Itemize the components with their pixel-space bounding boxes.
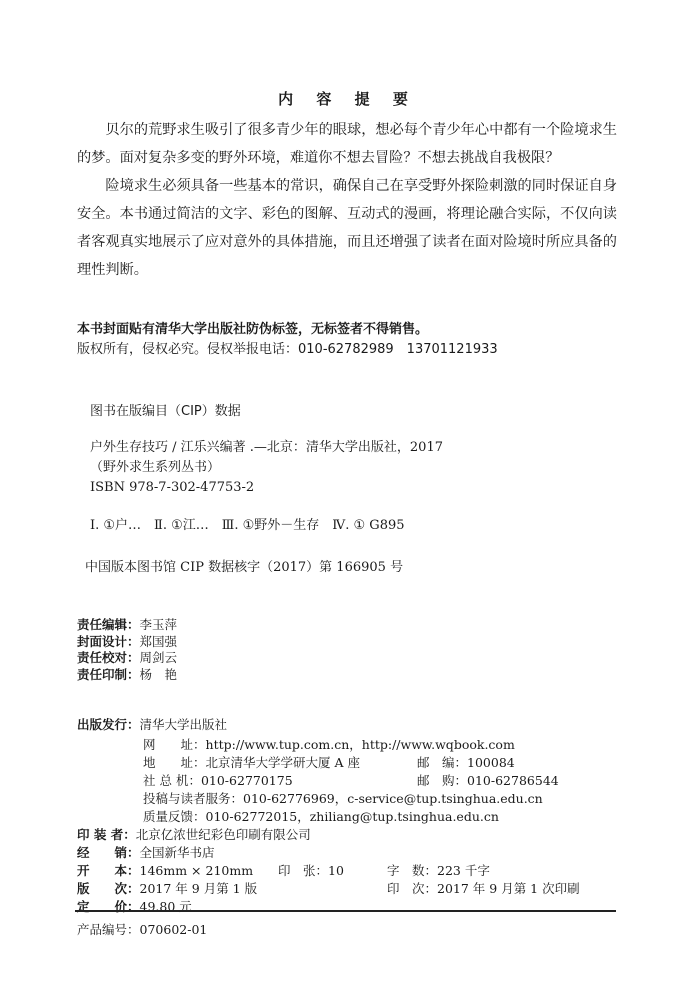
cip-classification: Ⅰ. ①户… Ⅱ. ①江… Ⅲ. ①野外－生存 Ⅳ. ① G895 <box>90 516 405 536</box>
cip-title-line: 户外生存技巧 / 江乐兴编著 .—北京：清华大学出版社，2017 <box>90 438 443 458</box>
cip-block: 户外生存技巧 / 江乐兴编著 .—北京：清华大学出版社，2017 （野外求生系列… <box>90 438 443 498</box>
publisher-mail-order: 邮 购：010-62786544 <box>417 771 559 789</box>
summary-body: 贝尔的荒野求生吸引了很多青少年的眼球，想必每个青少年心中都有一个险境求生的梦。面… <box>77 116 617 284</box>
distributor-line: 经 销：全国新华书店 <box>77 843 215 861</box>
staff-credits: 责任编辑：李玉萍 封面设计：郑国强 责任校对：周剑云 责任印制：杨 艳 <box>77 617 177 683</box>
publisher-postcode: 邮 编：100084 <box>417 753 515 771</box>
word-count-line: 字 数：223 千字 <box>387 861 490 879</box>
impression-line: 印 次：2017 年 9 月第 1 次印刷 <box>387 879 580 897</box>
summary-paragraph-2: 险境求生必须具备一些基本的常识，确保自己在享受野外探险刺激的同时保证自身安全。本… <box>77 172 617 284</box>
summary-title: 内 容 提 要 <box>0 88 695 109</box>
publisher-phone: 社 总 机：010-62770175 <box>143 771 293 789</box>
staff-editor: 责任编辑：李玉萍 <box>77 617 177 634</box>
website-links[interactable]: http://www.tup.com.cn，http://www.wqbook.… <box>206 737 515 752</box>
notice-line-1: 本书封面贴有清华大学出版社防伪标签，无标签者不得销售。 <box>77 320 498 340</box>
divider-rule <box>75 910 616 912</box>
publisher-quality-feedback: 质量反馈：010-62772015，zhiliang@tup.tsinghua.… <box>143 807 499 825</box>
product-code-line: 产品编号：070602-01 <box>77 920 207 938</box>
publisher-address: 地 址：北京清华大学学研大厦 A 座 <box>143 753 360 771</box>
staff-printing-supervisor: 责任印制：杨 艳 <box>77 667 177 684</box>
summary-paragraph-1: 贝尔的荒野求生吸引了很多青少年的眼球，想必每个青少年心中都有一个险境求生的梦。面… <box>77 116 617 172</box>
cip-isbn: ISBN 978-7-302-47753-2 <box>90 478 443 498</box>
cip-series-line: （野外求生系列丛书） <box>90 458 443 478</box>
format-line: 开 本：146mm × 210mm <box>77 861 253 879</box>
notice-line-2: 版权所有，侵权必究。侵权举报电话：010-62782989 1370112193… <box>77 340 498 360</box>
edition-line: 版 次：2017 年 9 月第 1 版 <box>77 879 257 897</box>
publisher-reader-service: 投稿与读者服务：010-62776969，c-service@tup.tsing… <box>143 789 543 807</box>
cip-record: 中国版本图书馆 CIP 数据核字（2017）第 166905 号 <box>85 556 403 575</box>
publisher-website: 网 址：http://www.tup.com.cn，http://www.wqb… <box>143 735 515 753</box>
staff-proofreader: 责任校对：周剑云 <box>77 650 177 667</box>
printer-line: 印 装 者：北京亿浓世纪彩色印刷有限公司 <box>77 825 311 843</box>
sheets-line: 印 张：10 <box>278 861 344 879</box>
price-line: 定 价：49.80 元 <box>77 897 192 915</box>
staff-cover-design: 封面设计：郑国强 <box>77 634 177 651</box>
publisher-line: 出版发行：清华大学出版社 <box>77 715 227 733</box>
anti-counterfeit-notice: 本书封面贴有清华大学出版社防伪标签，无标签者不得销售。 版权所有，侵权必究。侵权… <box>77 320 498 360</box>
cip-heading: 图书在版编目（CIP）数据 <box>90 400 241 419</box>
